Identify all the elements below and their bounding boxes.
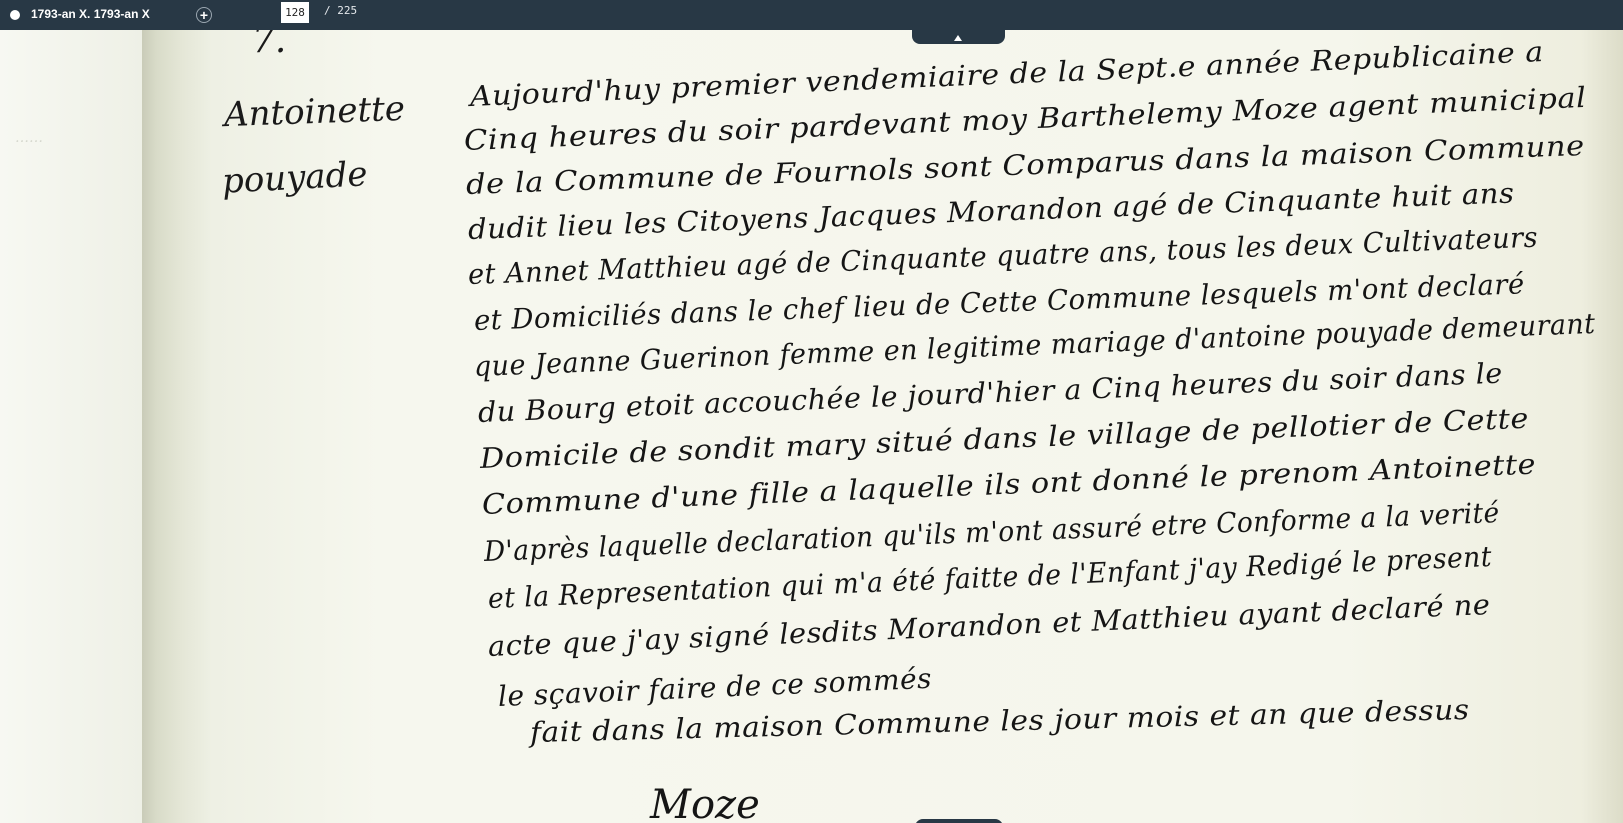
add-button[interactable]: + (196, 7, 212, 23)
document-image-viewer[interactable]: …… 7. Antoinette pouyade Aujourd'huy pre… (0, 30, 1623, 823)
page-gutter (142, 30, 212, 823)
page-number-input[interactable] (281, 2, 309, 23)
manuscript-page: 7. Antoinette pouyade Aujourd'huy premie… (212, 30, 1623, 823)
signature: Moze (650, 782, 760, 823)
expand-panel-tab[interactable] (915, 819, 1003, 823)
plus-circle-icon: + (200, 7, 208, 23)
manuscript-line: le sçavoir faire de ce sommés (497, 662, 932, 713)
bleed-through-text: …… (15, 130, 125, 210)
chevron-up-icon (954, 35, 962, 41)
entry-number: 7. (252, 30, 286, 61)
collapse-toolbar-tab[interactable] (912, 28, 1005, 44)
viewer-toolbar: 1793-an X. 1793-an X + / 225 (0, 0, 1623, 30)
margin-note-firstname: Antoinette (223, 89, 405, 135)
page-total: / 225 (324, 4, 357, 17)
left-page-edge: …… (0, 30, 145, 823)
dot-icon (10, 10, 20, 20)
margin-note-surname: pouyade (221, 154, 368, 202)
document-title: 1793-an X. 1793-an X (31, 7, 150, 21)
